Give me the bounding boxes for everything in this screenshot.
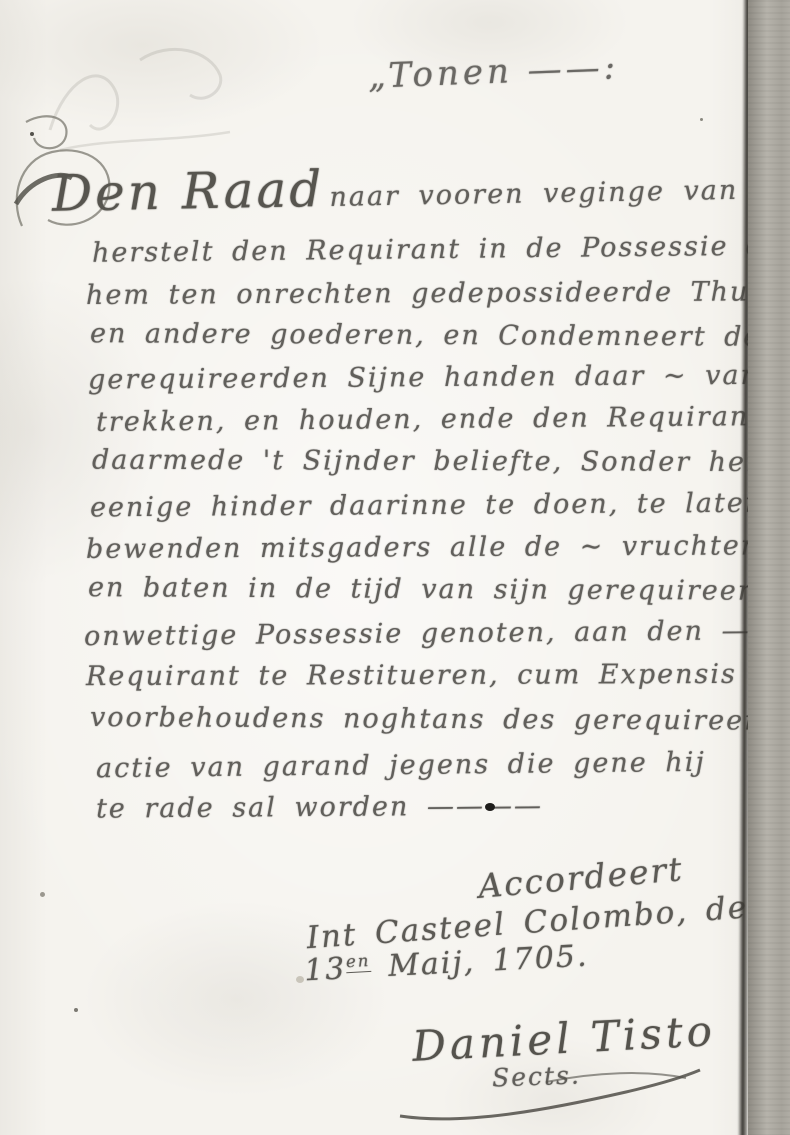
paper-stain — [296, 976, 304, 983]
manuscript-line: en andere goederen, en Condemneert den — [90, 320, 781, 351]
signature-flourish — [396, 1068, 706, 1128]
manuscript-line: onwettige Possessie genoten, aan den ——— — [84, 617, 790, 650]
ink-speck — [30, 132, 34, 136]
manuscript-line: en baten in de tijd van sijn gerequireer… — [88, 574, 790, 605]
manuscript-line: herstelt den Requirant in de Possessie d… — [92, 232, 790, 266]
manuscript-line: bewenden mitsgaders alle de ∼ vruchten — — [86, 532, 790, 563]
ink-speck — [700, 118, 703, 121]
manuscript-line: hem ten onrechten gedepossideerde Thuijn… — [86, 278, 790, 309]
manuscript-line: voorbehoudens noghtans des gerequireerde… — [90, 704, 790, 735]
manuscript-line: te rade sal worden ———— — [96, 792, 543, 822]
date-number: 13 — [303, 951, 347, 988]
manuscript-line: trekken, en houden, ende den Requirant — [96, 403, 762, 436]
ink-speck — [485, 803, 495, 811]
manuscript-line: eenige hinder daarinne te doen, te laten — [90, 490, 764, 522]
manuscript-line: actie van garand jegens die gene hij — [96, 749, 706, 782]
opening-words-large: Den Raad — [52, 160, 325, 223]
manuscript-scan: { "document": { "heading": "„Tonen ——:",… — [0, 0, 790, 1135]
ink-speck — [40, 892, 45, 897]
opening-words-rest: naar vooren veginge van Sake — [329, 173, 790, 213]
adjacent-page-edge — [748, 0, 790, 1135]
ink-speck — [74, 1008, 78, 1012]
manuscript-line: gerequireerden Sijne handen daar ∼ van t… — [88, 361, 790, 393]
manuscript-line: Requirant te Restitueren, cum Expensis — [86, 661, 737, 690]
date-ordinal-superscript: en — [345, 951, 370, 973]
manuscript-line: daarmede 't Sijnder beliefte, Sonder hem… — [92, 447, 790, 477]
